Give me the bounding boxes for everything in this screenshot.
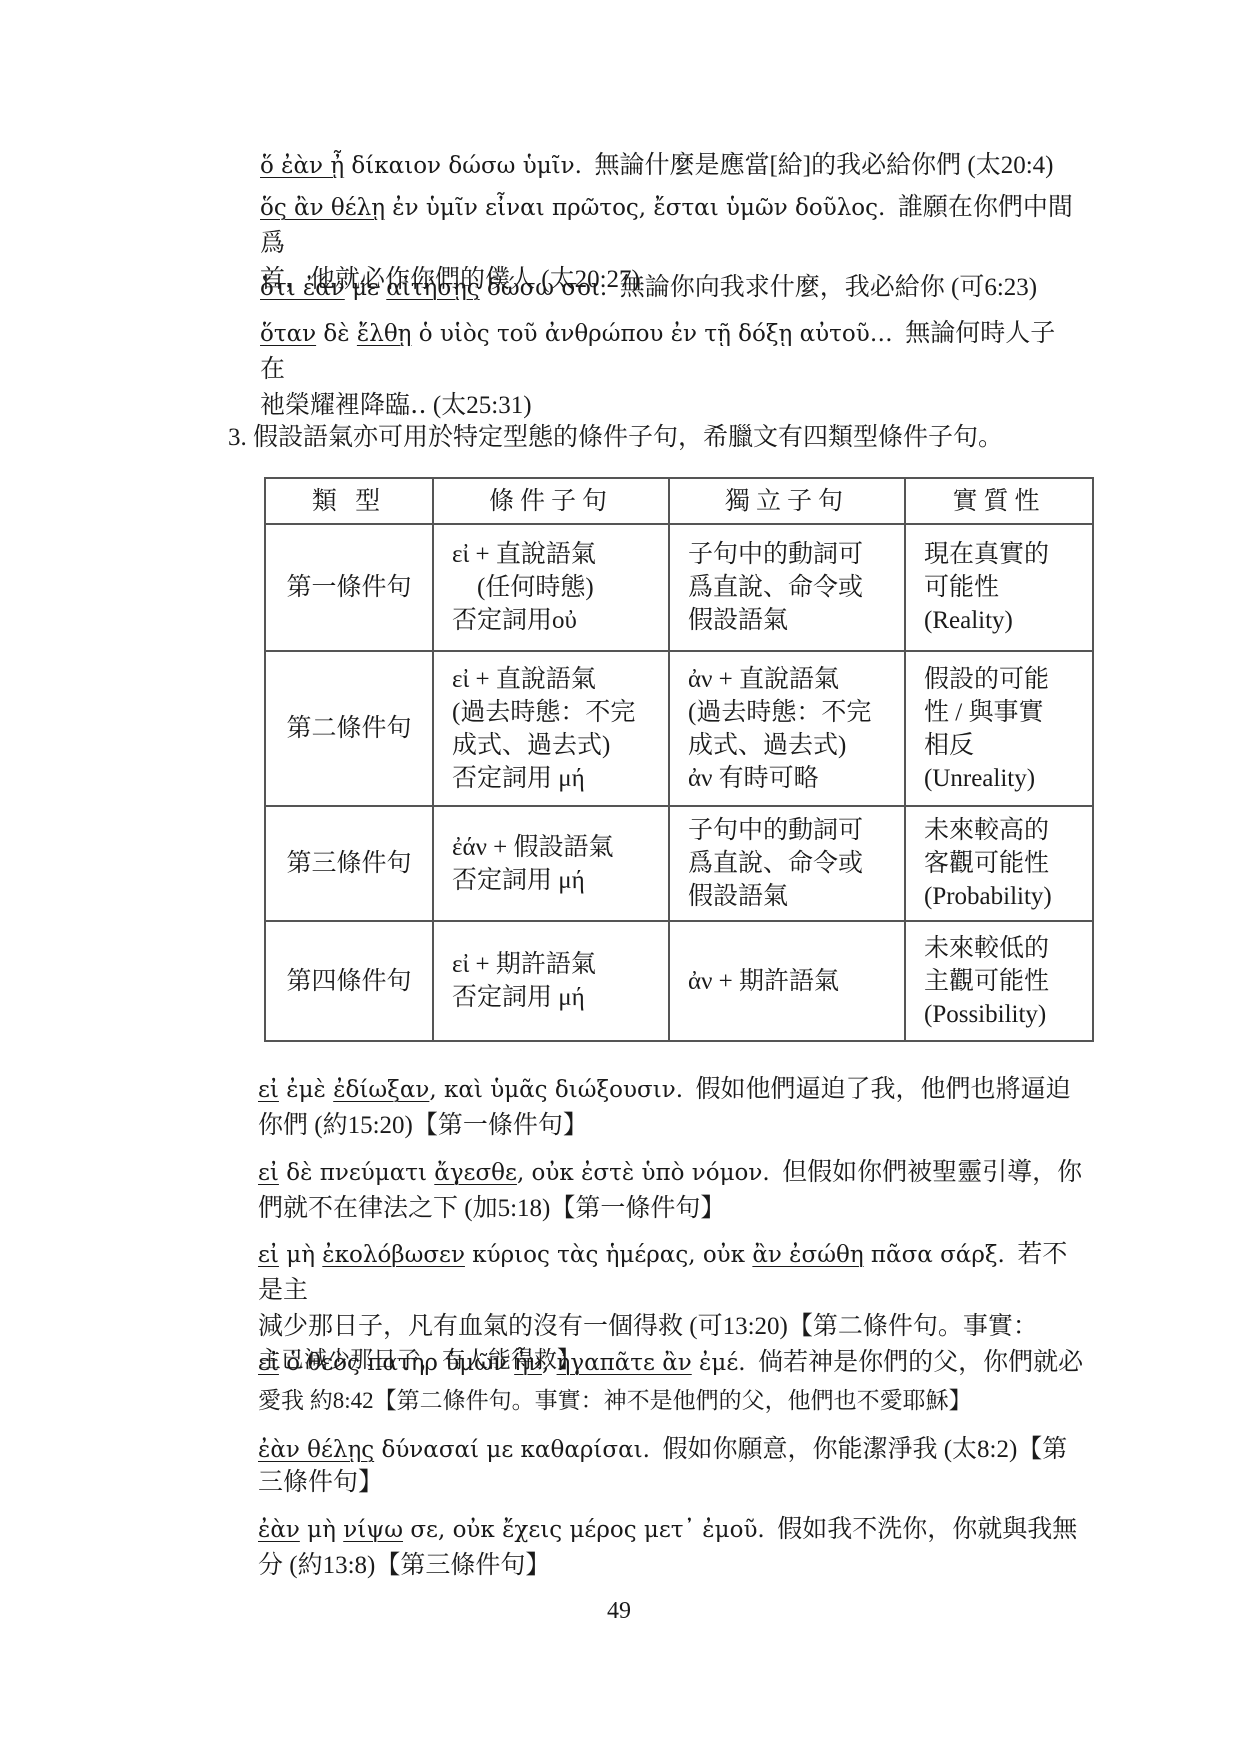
greek-underlined: ἠγαπᾶτε ἂν [557, 1350, 692, 1376]
section-number: 3. [228, 424, 247, 451]
greek-text: μὴ [300, 1517, 343, 1543]
chinese-translation-cont: 愛我 約8:42【第二條件句。事實：神不是他們的父，他們也不愛耶穌】 [258, 1381, 1088, 1421]
chinese-translation-cont: 們就不在律法之下 (加5:18)【第一條件句】 [258, 1191, 1088, 1227]
cell-line: 客觀可能性 [924, 847, 1074, 880]
chinese-translation-cont: 你們 (約15:20)【第一條件句】 [258, 1108, 1088, 1144]
cell-line: ἀν + 直說語氣 [688, 663, 886, 696]
greek-line: εἰ ὁ θεὸς πατὴρ ὑμῶν ἦν, ἠγαπᾶτε ἂν ἐμέ. [258, 1350, 746, 1376]
greek-underlined: ἐδίωξαν [333, 1077, 429, 1103]
greek-text: ὁ θεὸς πατὴρ ὑμῶν [279, 1350, 514, 1376]
greek-underlined: ἦν [514, 1350, 542, 1376]
header-nature: 實質性 [905, 478, 1093, 524]
greek-underlined: ἂν ἐσώθη [752, 1242, 863, 1268]
greek-text: δίκαιον δώσω ὑμῖν. [344, 153, 582, 179]
example-mt-20-4: ὅ ἐὰν ᾖ δίκαιον δώσω ὑμῖν. 無論什麼是應當[給]的我必… [260, 148, 1080, 184]
example-jn-8-42: εἰ ὁ θεὸς πατὴρ ὑμῶν ἦν, ἠγαπᾶτε ἂν ἐμέ.… [258, 1345, 1088, 1421]
cell-line: εἰ + 期許語氣 [452, 948, 650, 981]
cell-line: εἰ + 直說語氣 [452, 663, 650, 696]
greek-text: με [345, 275, 387, 301]
type-cell: 第四條件句 [265, 921, 433, 1041]
example-jn-15-20: εἰ ἐμὲ ἐδίωξαν, καὶ ὑμᾶς διώξουσιν. 假如他們… [258, 1072, 1088, 1144]
example-mk-6-23: ὅτι ἐάν με αἰτήσῃς δώσω σοι. 無論你向我求什麼，我必… [260, 270, 1080, 306]
greek-underlined: εἰ [258, 1242, 279, 1268]
header-independent-clause: 獨立子句 [669, 478, 905, 524]
greek-line: εἰ δὲ πνεύματι ἄγεσθε, οὐκ ἐστὲ ὑπὸ νόμο… [258, 1160, 770, 1186]
cell-line: (過去時態：不完 [452, 696, 650, 729]
indep-cell: 子句中的動詞可 爲直說、命令或 假設語氣 [669, 524, 905, 651]
cell-line: 未來較高的 [924, 814, 1074, 847]
page-number: 49 [0, 1598, 1238, 1625]
greek-underlined: ὅ ἐὰν ᾖ [260, 153, 344, 179]
greek-underlined: ὅς ἂν θέλῃ [260, 195, 385, 221]
cell-line: 假設語氣 [688, 880, 886, 913]
cell-line: 主觀可能性 [924, 965, 1074, 998]
example-mt-25-31: ὅταν δὲ ἔλθῃ ὁ υἱὸς τοῦ ἀνθρώπου ἐν τῇ δ… [260, 316, 1080, 424]
cell-line: 子句中的動詞可 [688, 538, 886, 571]
cell-line: 子句中的動詞可 [688, 814, 886, 847]
example-mt-8-2: ἐὰν θέλῃς δύνασαί με καθαρίσαι. 假如你願意，你能… [258, 1432, 1088, 1498]
greek-text: δύνασαί με καθαρίσαι. [374, 1437, 650, 1463]
cell-line: (Reality) [924, 604, 1074, 637]
greek-text: δὲ [316, 321, 357, 347]
cond-cell: ἐάν + 假設語氣 否定詞用 μή [433, 806, 669, 921]
greek-underlined: ἄγεσθε [434, 1160, 517, 1186]
cell-line: 否定詞用 μή [452, 864, 650, 897]
document-page: ὅ ἐὰν ᾖ δίκαιον δώσω ὑμῖν. 無論什麼是應當[給]的我必… [0, 0, 1238, 1750]
greek-underlined: εἰ [258, 1350, 279, 1376]
cell-line: ἀν 有時可略 [688, 762, 886, 795]
section-3-heading: 3. 假設語氣亦可用於特定型態的條件子句，希臘文有四類型條件子句。 [228, 420, 1003, 456]
cell-line: 否定詞用 μή [452, 762, 650, 795]
greek-underlined: εἰ [258, 1160, 279, 1186]
cell-line: 性 / 與事實 [924, 696, 1074, 729]
greek-text: ἐν ὑμῖν εἶναι πρῶτος, ἔσται ὑμῶν δοῦλος. [385, 195, 885, 221]
cell-line: 假設語氣 [688, 604, 886, 637]
table-row: 第一條件句 εἰ + 直說語氣 (任何時態) 否定詞用οὐ 子句中的動詞可 爲直… [265, 524, 1093, 651]
cell-line: (Possibility) [924, 998, 1074, 1031]
greek-underlined: ἐὰν [258, 1517, 300, 1543]
greek-underlined: ὅταν [260, 321, 316, 347]
chinese-translation: 無論什麼是應當[給]的我必給你們 (太20:4) [594, 152, 1053, 179]
chinese-translation: 假如他們逼迫了我，他們也將逼迫 [696, 1076, 1071, 1103]
example-gal-5-18: εἰ δὲ πνεύματι ἄγεσθε, οὐκ ἐστὲ ὑπὸ νόμο… [258, 1155, 1088, 1227]
nature-cell: 未來較低的 主觀可能性 (Possibility) [905, 921, 1093, 1041]
greek-underlined: ἐκολόβωσεν [322, 1242, 465, 1268]
cond-cell: εἰ + 期許語氣 否定詞用 μή [433, 921, 669, 1041]
greek-text: δώσω σοι. [480, 275, 608, 301]
nature-cell: 現在真實的 可能性 (Reality) [905, 524, 1093, 651]
greek-underlined: αἰτήσῃς [386, 275, 479, 301]
header-conditional-clause: 條件子句 [433, 478, 669, 524]
chinese-translation: 假如我不洗你，你就與我無 [777, 1516, 1077, 1543]
greek-text: ὁ υἱὸς τοῦ ἀνθρώπου ἐν τῇ δόξῃ αὐτοῦ… [411, 321, 892, 347]
cell-line: 成式、過去式) [452, 729, 650, 762]
cond-cell: εἰ + 直說語氣 (過去時態：不完 成式、過去式) 否定詞用 μή [433, 651, 669, 806]
table-header-row: 類 型 條件子句 獨立子句 實質性 [265, 478, 1093, 524]
cell-line: 未來較低的 [924, 932, 1074, 965]
cell-line: (Unreality) [924, 762, 1074, 795]
greek-line: ἐὰν μὴ νίψω σε, οὐκ ἔχεις μέρος μετ᾽ ἐμο… [258, 1517, 765, 1543]
type-cell: 第三條件句 [265, 806, 433, 921]
greek-underlined: νίψω [343, 1517, 403, 1543]
greek-text: ἐμέ. [692, 1350, 746, 1376]
greek-underlined: ἔλθῃ [357, 321, 412, 347]
example-jn-13-8: ἐὰν μὴ νίψω σε, οὐκ ἔχεις μέρος μετ᾽ ἐμο… [258, 1512, 1088, 1584]
indep-cell: 子句中的動詞可 爲直說、命令或 假設語氣 [669, 806, 905, 921]
chinese-translation-cont: 減少那日子，凡有血氣的沒有一個得救 (可13:20)【第二條件句。事實： [258, 1309, 1088, 1345]
cell-line: ἀν + 期許語氣 [688, 965, 886, 998]
table-row: 第四條件句 εἰ + 期許語氣 否定詞用 μή ἀν + 期許語氣 未來較低的 … [265, 921, 1093, 1041]
nature-cell: 未來較高的 客觀可能性 (Probability) [905, 806, 1093, 921]
greek-underlined: ἐὰν θέλῃς [258, 1437, 374, 1463]
chinese-translation: 假如你願意，你能潔淨我 (太8:2)【第 [662, 1436, 1067, 1463]
indep-cell: ἀν + 直說語氣 (過去時態：不完 成式、過去式) ἀν 有時可略 [669, 651, 905, 806]
cell-line: 可能性 [924, 571, 1074, 604]
table-row: 第二條件句 εἰ + 直說語氣 (過去時態：不完 成式、過去式) 否定詞用 μή… [265, 651, 1093, 806]
chinese-translation-cont: 三條件句】 [258, 1468, 1088, 1498]
greek-line: ἐὰν θέλῃς δύνασαί με καθαρίσαι. [258, 1437, 650, 1463]
type-cell: 第一條件句 [265, 524, 433, 651]
cell-line: 相反 [924, 729, 1074, 762]
type-cell: 第二條件句 [265, 651, 433, 806]
cell-line: 現在真實的 [924, 538, 1074, 571]
greek-underlined: ὅτι ἐάν [260, 275, 345, 301]
cell-line: εἰ + 直說語氣 [452, 538, 650, 571]
header-type: 類 型 [265, 478, 433, 524]
greek-text: ἐμὲ [279, 1077, 333, 1103]
greek-text: δὲ πνεύματι [279, 1160, 434, 1186]
greek-line: εἰ μὴ ἐκολόβωσεν κύριος τὰς ἡμέρας, οὐκ … [258, 1242, 1005, 1268]
cell-line: 爲直說、命令或 [688, 571, 886, 604]
conditional-sentences-table: 類 型 條件子句 獨立子句 實質性 第一條件句 εἰ + 直說語氣 (任何時態)… [264, 477, 1094, 1042]
chinese-translation: 但假如你們被聖靈引導，你 [782, 1159, 1082, 1186]
cell-line: (任何時態) [452, 571, 650, 604]
chinese-translation-cont: 分 (約13:8)【第三條件句】 [258, 1548, 1088, 1584]
greek-text: σε, οὐκ ἔχεις μέρος μετ᾽ ἐμοῦ. [403, 1517, 765, 1543]
cond-cell: εἰ + 直說語氣 (任何時態) 否定詞用οὐ [433, 524, 669, 651]
greek-text: , [542, 1350, 557, 1376]
cell-line: 否定詞用 μή [452, 981, 650, 1014]
greek-text: , οὐκ ἐστὲ ὑπὸ νόμον. [517, 1160, 770, 1186]
chinese-translation: 倘若神是你們的父，你們就必 [758, 1349, 1083, 1376]
greek-underlined: εἰ [258, 1077, 279, 1103]
greek-text: κύριος τὰς ἡμέρας, οὐκ [465, 1242, 752, 1268]
indep-cell: ἀν + 期許語氣 [669, 921, 905, 1041]
greek-text: μὴ [279, 1242, 322, 1268]
cell-line: ἐάν + 假設語氣 [452, 831, 650, 864]
section-text: 假設語氣亦可用於特定型態的條件子句，希臘文有四類型條件子句。 [253, 424, 1003, 451]
table-row: 第三條件句 ἐάν + 假設語氣 否定詞用 μή 子句中的動詞可 爲直說、命令或… [265, 806, 1093, 921]
greek-text: πᾶσα σάρξ. [864, 1242, 1005, 1268]
greek-text: , καὶ ὑμᾶς διώξουσιν. [429, 1077, 683, 1103]
cell-line: (過去時態：不完 [688, 696, 886, 729]
greek-line: εἰ ἐμὲ ἐδίωξαν, καὶ ὑμᾶς διώξουσιν. [258, 1077, 683, 1103]
cell-line: 成式、過去式) [688, 729, 886, 762]
cell-line: 否定詞用οὐ [452, 604, 650, 637]
chinese-translation-cont: 祂榮耀裡降臨‥ (太25:31) [260, 388, 1080, 424]
cell-line: (Probability) [924, 880, 1074, 913]
chinese-translation: 無論你向我求什麼，我必給你 (可6:23) [620, 274, 1037, 301]
nature-cell: 假設的可能 性 / 與事實 相反 (Unreality) [905, 651, 1093, 806]
cell-line: 爲直說、命令或 [688, 847, 886, 880]
cell-line: 假設的可能 [924, 663, 1074, 696]
